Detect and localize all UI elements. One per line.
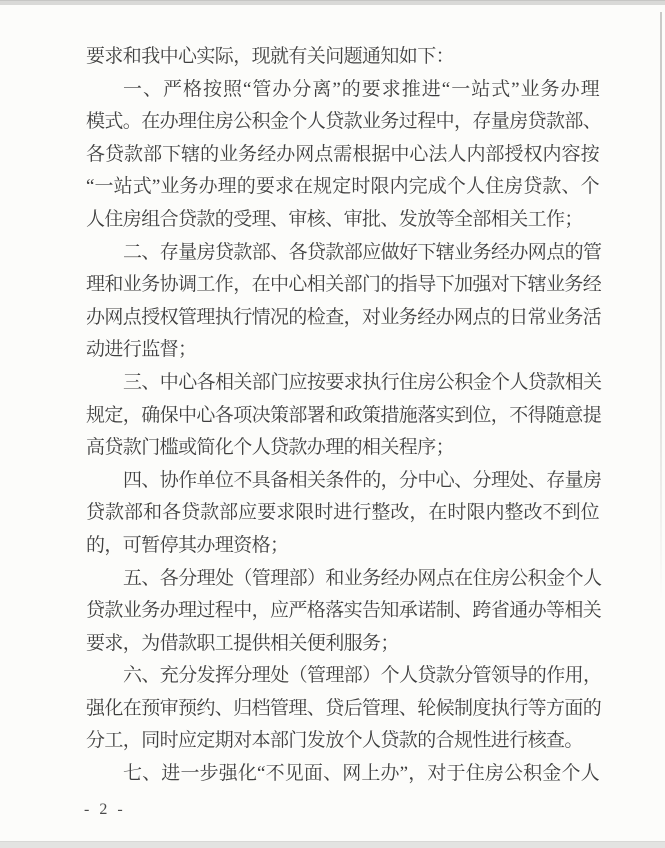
text-line: 分工，同时应定期对本部门发放个人贷款的合规性进行核查。: [86, 725, 599, 758]
text-line: 五、各分理处（管理部）和业务经办网点在住房公积金个人: [86, 563, 599, 596]
text-line: 七、进一步强化“不见面、网上办”，对于住房公积金个人: [86, 758, 599, 791]
page-number: - 2 -: [84, 801, 126, 819]
scanned-document-page: 要求和我中心实际，现就有关问题通知如下：一、严格按照“管办分离”的要求推进“一站…: [0, 0, 665, 848]
text-line: 一、严格按照“管办分离”的要求推进“一站式”业务办理: [86, 74, 599, 107]
document-body: 要求和我中心实际，现就有关问题通知如下：一、严格按照“管办分离”的要求推进“一站…: [86, 41, 599, 791]
text-line: “一站式”业务办理的要求在规定时限内完成个人住房贷款、个: [86, 171, 599, 204]
text-line: 四、协作单位不具备相关条件的，分中心、分理处、存量房: [86, 465, 599, 498]
text-line: 模式。在办理住房公积金个人贷款业务过程中，存量房贷款部、: [86, 106, 599, 139]
text-line: 规定，确保中心各项决策部署和政策措施落实到位，不得随意提: [86, 400, 599, 433]
text-line: 动进行监督；: [86, 334, 599, 367]
scan-edge-bottom: [0, 841, 665, 848]
text-line: 要求和我中心实际，现就有关问题通知如下：: [86, 41, 599, 74]
text-line: 高贷款门槛或简化个人贷款办理的相关程序；: [86, 432, 599, 465]
text-line: 三、中心各相关部门应按要求执行住房公积金个人贷款相关: [86, 367, 599, 400]
text-line: 六、充分发挥分理处（管理部）个人贷款分管领导的作用，: [86, 660, 599, 693]
page-fold-line: [660, 12, 662, 602]
text-line: 各贷款部下辖的业务经办网点需根据中心法人内部授权内容按: [86, 139, 599, 172]
text-line: 办网点授权管理执行情况的检查，对业务经办网点的日常业务活: [86, 302, 599, 335]
text-line: 要求，为借款职工提供相关便利服务；: [86, 628, 599, 661]
text-line: 贷款部和各贷款部应要求限时进行整改，在时限内整改不到位: [86, 497, 599, 530]
text-line: 二、存量房贷款部、各贷款部应做好下辖业务经办网点的管: [86, 237, 599, 270]
text-line: 的，可暂停其办理资格；: [86, 530, 599, 563]
text-line: 人住房组合贷款的受理、审核、审批、发放等全部相关工作；: [86, 204, 599, 237]
text-line: 理和业务协调工作，在中心相关部门的指导下加强对下辖业务经: [86, 269, 599, 302]
scan-edge-top: [0, 0, 665, 5]
text-line: 贷款业务办理过程中，应严格落实告知承诺制、跨省通办等相关: [86, 595, 599, 628]
text-line: 强化在预审预约、归档管理、贷后管理、轮候制度执行等方面的: [86, 693, 599, 726]
